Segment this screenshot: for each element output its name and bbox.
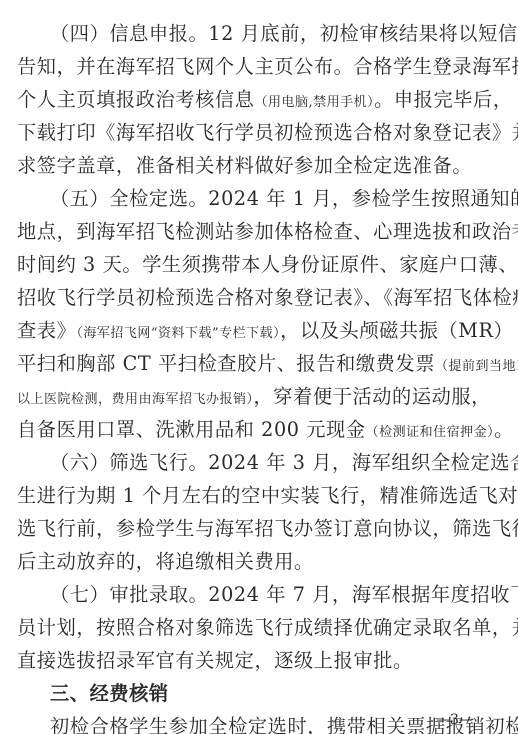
section-heading: 三、经费核销 — [50, 682, 491, 706]
note: 以上医院检测，费用由海军招飞办报销） — [17, 392, 254, 407]
paragraph-5-line-8: 自备医用口罩、洗漱用品和 200 元现金（检测证和住宿押金）。 — [17, 418, 491, 445]
note: （海军招飞网“资料下载”专栏下载） — [76, 326, 280, 341]
paragraph-6-line-2: 生进行为期 1 个月左右的空中实装飞行，精准筛选适飞对象。筛 — [17, 484, 491, 508]
section-body-line-1: 初检合格学生参加全检定选时，携带相关票据报销初检体检 — [50, 715, 491, 734]
note: （检测证和住宿押金） — [366, 425, 495, 440]
text: 自备医用口罩、洗漱用品和 200 元现金 — [17, 418, 366, 441]
text: ，穿着便于活动的运动服， — [254, 385, 491, 408]
paragraph-5-line-1: （五）全检定选。2024 年 1 月，参检学生按照通知的时间 — [50, 187, 491, 211]
text: 个人主页填报政治考核信息 — [17, 88, 254, 111]
paragraph-7-line-1: （七）审批录取。2024 年 7 月，海军根据年度招收飞行学 — [50, 583, 491, 607]
paragraph-4-line-1: （四）信息申报。12 月底前，初检审核结果将以短信方式 — [50, 22, 491, 46]
text: 。 — [494, 418, 514, 441]
text: 平扫和胸部 CT 平扫检查胶片、报告和缴费发票 — [17, 352, 435, 375]
paragraph-6-line-4: 后主动放弃的，将追缴相关费用。 — [17, 550, 491, 574]
paragraph-4-line-4: 下载打印《海军招收飞行学员初检预选合格对象登记表》并按要 — [17, 121, 491, 145]
paragraph-5-line-3: 时间约 3 天。学生须携带本人身份证原件、家庭户口薄、《海军 — [17, 253, 491, 277]
note: （用电脑,禁用手机） — [254, 95, 374, 110]
paragraph-5-line-4: 招收飞行学员初检预选合格对象登记表》、《海军招飞体检病史调 — [17, 286, 491, 310]
paragraph-5-line-7: 以上医院检测，费用由海军招飞办报销），穿着便于活动的运动服， — [17, 385, 491, 412]
paragraph-7-line-2: 员计划，按照合格对象筛选飞行成绩择优确定录取名单，并根据 — [17, 616, 491, 640]
paragraph-4-line-2: 告知，并在海军招飞网个人主页公布。合格学生登录海军招飞网 — [17, 55, 491, 79]
text: 查表》 — [17, 319, 76, 342]
text: 。申报完毕后， — [374, 88, 513, 111]
paragraph-6-line-1: （六）筛选飞行。2024 年 3 月，海军组织全检定选合格学 — [50, 451, 491, 475]
paragraph-4-line-3: 个人主页填报政治考核信息（用电脑,禁用手机）。申报完毕后， — [17, 88, 491, 115]
text: ，以及头颅磁共振（MR） — [280, 319, 513, 342]
note: （提前到当地三级 — [435, 359, 518, 374]
page-number: —3— — [436, 712, 473, 728]
paragraph-7-line-3: 直接选拔招录军官有关规定，逐级上报审批。 — [17, 649, 491, 673]
paragraph-6-line-3: 选飞行前，参检学生与海军招飞办签订意向协议，筛选飞行合格 — [17, 517, 491, 541]
document-page: （四）信息申报。12 月底前，初检审核结果将以短信方式 告知，并在海军招飞网个人… — [0, 0, 518, 734]
paragraph-5-line-6: 平扫和胸部 CT 平扫检查胶片、报告和缴费发票（提前到当地三级 — [17, 352, 491, 379]
paragraph-5-line-5: 查表》（海军招飞网“资料下载”专栏下载），以及头颅磁共振（MR） — [17, 319, 491, 346]
paragraph-4-line-5: 求签字盖章，准备相关材料做好参加全检定选准备。 — [17, 154, 491, 178]
paragraph-5-line-2: 地点，到海军招飞检测站参加体格检查、心理选拔和政治考核， — [17, 220, 491, 244]
